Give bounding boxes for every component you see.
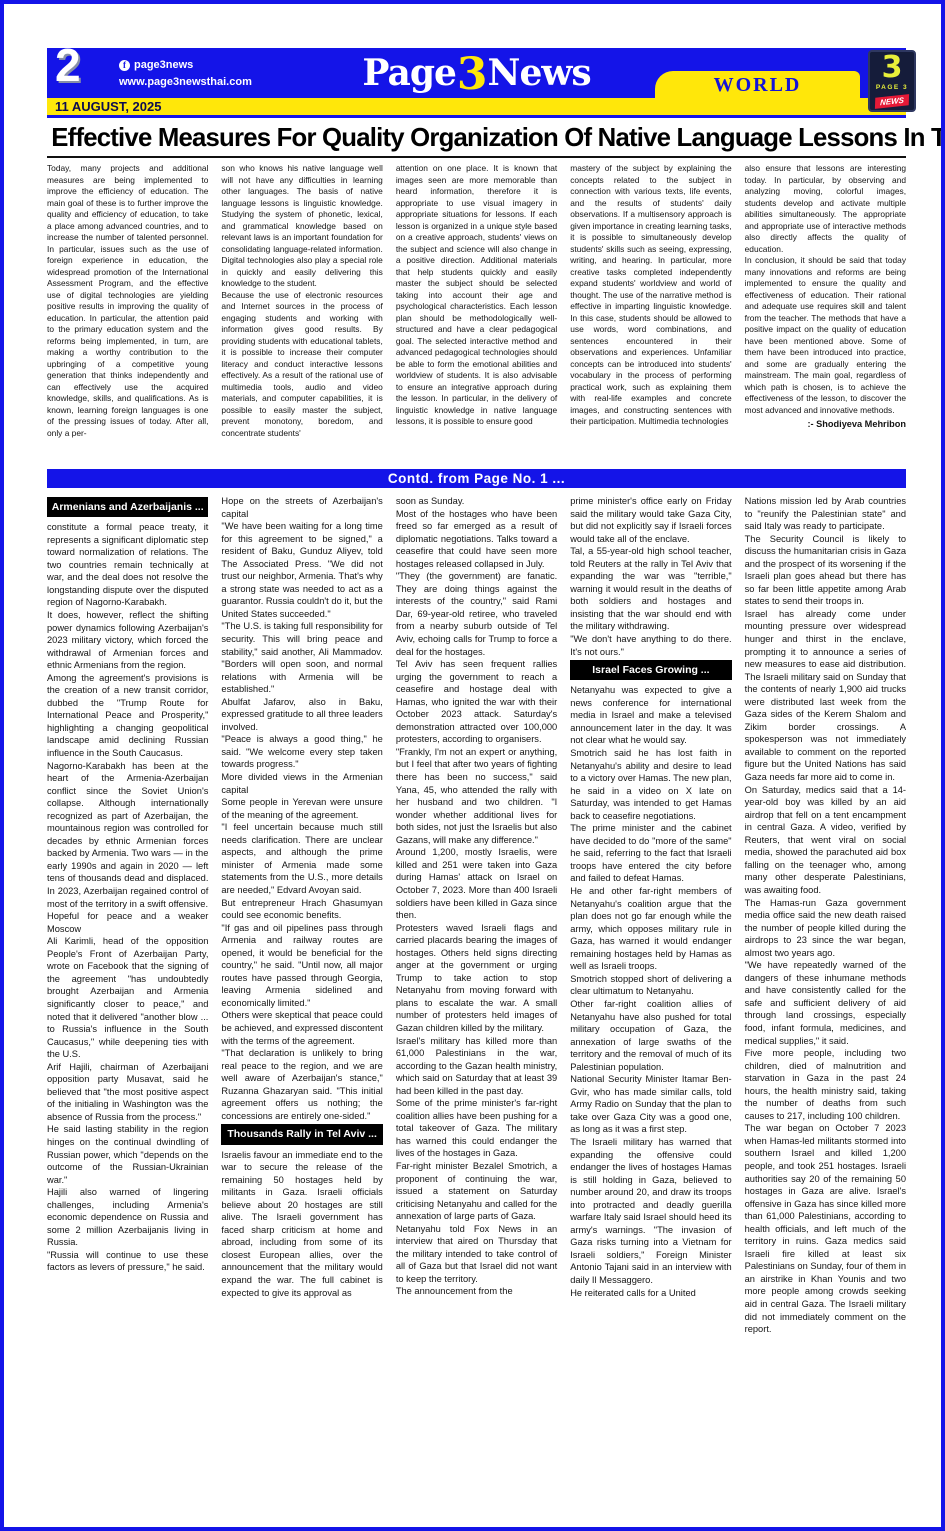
logo-news-ribbon: NEWS xyxy=(875,94,909,109)
article-column-2-text: son who knows his native language well w… xyxy=(221,163,382,439)
contd-from-page1-bar: Contd. from Page No. 1 ... xyxy=(47,469,906,488)
lower-column-2: Hope on the streets of Azerbaijan's capi… xyxy=(221,495,382,1527)
article-column-2: son who knows his native language well w… xyxy=(221,163,382,467)
headline-rule xyxy=(47,156,906,158)
article-column-1-text: Today, many projects and additional meas… xyxy=(47,163,208,439)
lower-column-4-text-2: Netanyahu was expected to give a news co… xyxy=(570,684,731,1299)
logo-digit: 3 xyxy=(870,53,914,83)
article-byline: :- Shodiyeva Mehribon xyxy=(745,418,906,431)
lower-column-4-text-1: prime minister's office early on Friday … xyxy=(570,495,731,658)
masthead-band: 2 f page3news www.page3newsthai.com Page… xyxy=(47,48,906,98)
lower-column-1-text: constitute a formal peace treaty, it rep… xyxy=(47,521,208,1274)
newspaper-page: 2 f page3news www.page3newsthai.com Page… xyxy=(0,0,945,1531)
world-section-tab: WORLD xyxy=(655,71,860,98)
masthead-part2: 3 xyxy=(456,49,488,100)
article-column-4-text: mastery of the subject by explaining the… xyxy=(570,163,731,428)
lower-column-4: prime minister's office early on Friday … xyxy=(570,495,731,1527)
logo-page3-text: PAGE 3 xyxy=(870,84,914,91)
article-column-3: attention on one place. It is known that… xyxy=(396,163,557,467)
article-column-5-text: also ensure that lessons are interesting… xyxy=(745,163,906,416)
section-header-armenians-azerbaijanis: Armenians and Azerbaijanis ... xyxy=(47,497,208,517)
lower-column-5-text: Nations mission led by Arab countries to… xyxy=(745,495,906,1336)
lower-column-5: Nations mission led by Arab countries to… xyxy=(745,495,906,1527)
article-column-5: also ensure that lessons are interesting… xyxy=(745,163,906,467)
article-column-4: mastery of the subject by explaining the… xyxy=(570,163,731,467)
continued-stories: Armenians and Azerbaijanis ... constitut… xyxy=(47,495,906,1527)
lower-column-1: Armenians and Azerbaijanis ... constitut… xyxy=(47,495,208,1527)
date-bar: 11 AUGUST, 2025 xyxy=(47,98,906,115)
article-column-3-text: attention on one place. It is known that… xyxy=(396,163,557,428)
masthead-part1: Page xyxy=(362,52,456,94)
main-headline: Effective Measures For Quality Organizat… xyxy=(51,122,901,153)
section-header-thousands-rally-tel-aviv: Thousands Rally in Tel Aviv ... xyxy=(221,1124,382,1144)
masthead-part3: News xyxy=(488,52,591,94)
lower-column-3: soon as Sunday. Most of the hostages who… xyxy=(396,495,557,1527)
section-header-israel-faces-growing: Israel Faces Growing ... xyxy=(570,660,731,680)
issue-date: 11 AUGUST, 2025 xyxy=(55,98,161,115)
header-rule xyxy=(47,115,906,118)
world-section-label: WORLD xyxy=(714,74,802,96)
article-column-1: Today, many projects and additional meas… xyxy=(47,163,208,467)
page3-logo-badge: 3 PAGE 3 NEWS xyxy=(868,50,916,112)
lower-column-3-text: soon as Sunday. Most of the hostages who… xyxy=(396,495,557,1298)
lower-column-2-text-2: Israelis favour an immediate end to the … xyxy=(221,1149,382,1300)
lower-column-2-text-1: Hope on the streets of Azerbaijan's capi… xyxy=(221,495,382,1122)
main-article: Today, many projects and additional meas… xyxy=(47,163,906,467)
